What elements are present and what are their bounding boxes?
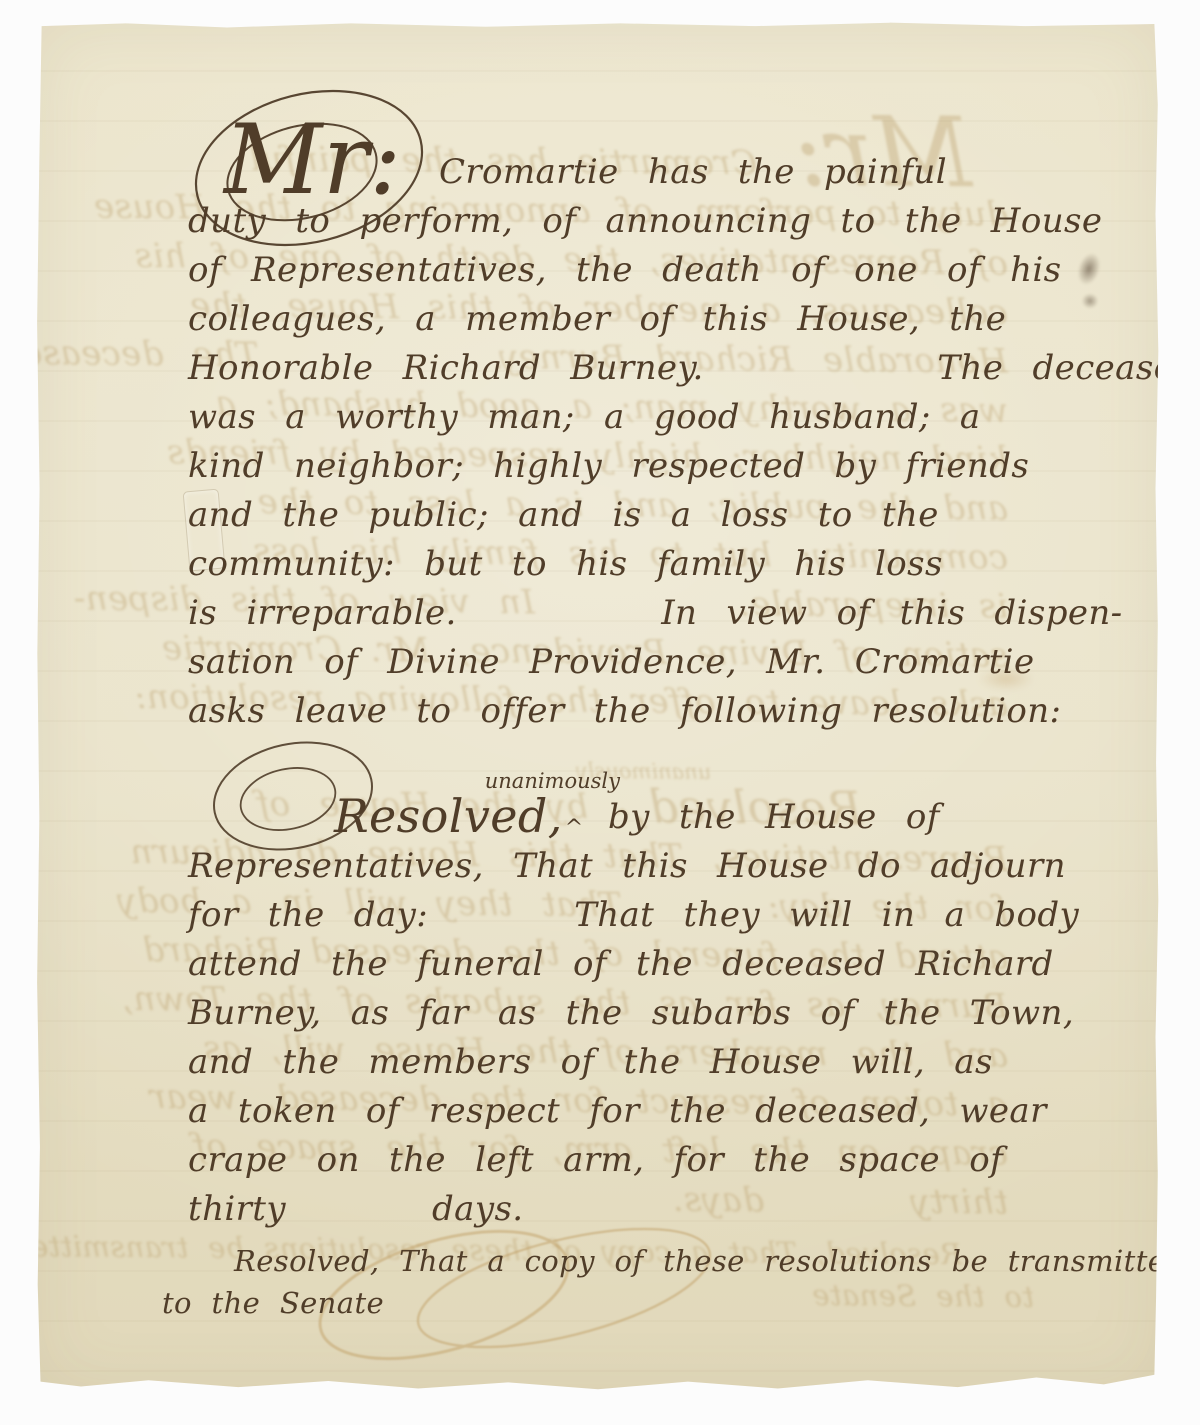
- inserted-word: unanimously: [485, 771, 620, 792]
- caret-icon: ^: [565, 818, 584, 840]
- manuscript-line: Honorable Richard Burney. The deceased: [188, 344, 1136, 393]
- manuscript-line: Burney, as far as the subarbs of the Tow…: [188, 989, 1136, 1038]
- manuscript-line: colleagues, a member of this House, the: [188, 295, 1136, 344]
- manuscript-line: Resolved,unanimously^ by the House of: [334, 793, 1136, 842]
- manuscript-page: Mr: Cromartie has the painfulduty to per…: [36, 22, 1160, 1394]
- manuscript-text: Mr: Cromartie has the painfulduty to per…: [36, 22, 1160, 1394]
- opening-initial: Mr:: [224, 104, 402, 216]
- manuscript-line: thirty days.: [188, 1185, 1136, 1234]
- manuscript-line: and the members of the House will, as: [188, 1038, 1136, 1087]
- manuscript-line: Resolved, That a copy of these resolutio…: [234, 1240, 1136, 1282]
- line-text: Cromartie has the painful: [410, 152, 947, 192]
- manuscript-line: is irreparable. In view of this dispen-: [188, 589, 1136, 638]
- inserted-word-anchor: unanimously^: [563, 794, 579, 828]
- manuscript-line: of Representatives, the death of one of …: [188, 246, 1136, 295]
- manuscript-line: Representatives, That this House do adjo…: [188, 842, 1136, 891]
- line-text: by the House of: [579, 797, 940, 837]
- manuscript-line: a token of respect for the deceased, wea…: [188, 1087, 1136, 1136]
- manuscript-line: Mr: Cromartie has the painful: [224, 148, 1136, 197]
- manuscript-line: to the Senate: [162, 1282, 1136, 1324]
- manuscript-line: community: but to his family his loss: [188, 540, 1136, 589]
- manuscript-line: and the public; and is a loss to the: [188, 491, 1136, 540]
- manuscript-line: asks leave to offer the following resolu…: [188, 687, 1136, 736]
- manuscript-line: for the day: That they will in a body: [188, 891, 1136, 940]
- manuscript-line: crape on the left arm, for the space of: [188, 1136, 1136, 1185]
- resolved-word: Resolved,: [334, 789, 563, 843]
- manuscript-line: kind neighbor; highly respected by frien…: [188, 442, 1136, 491]
- manuscript-line: attend the funeral of the deceased Richa…: [188, 940, 1136, 989]
- manuscript-line: sation of Divine Providence, Mr. Cromart…: [188, 638, 1136, 687]
- manuscript-line: was a worthy man; a good husband; a: [188, 393, 1136, 442]
- photograph-background: Mr: Cromartie has the painfulduty to per…: [0, 0, 1200, 1425]
